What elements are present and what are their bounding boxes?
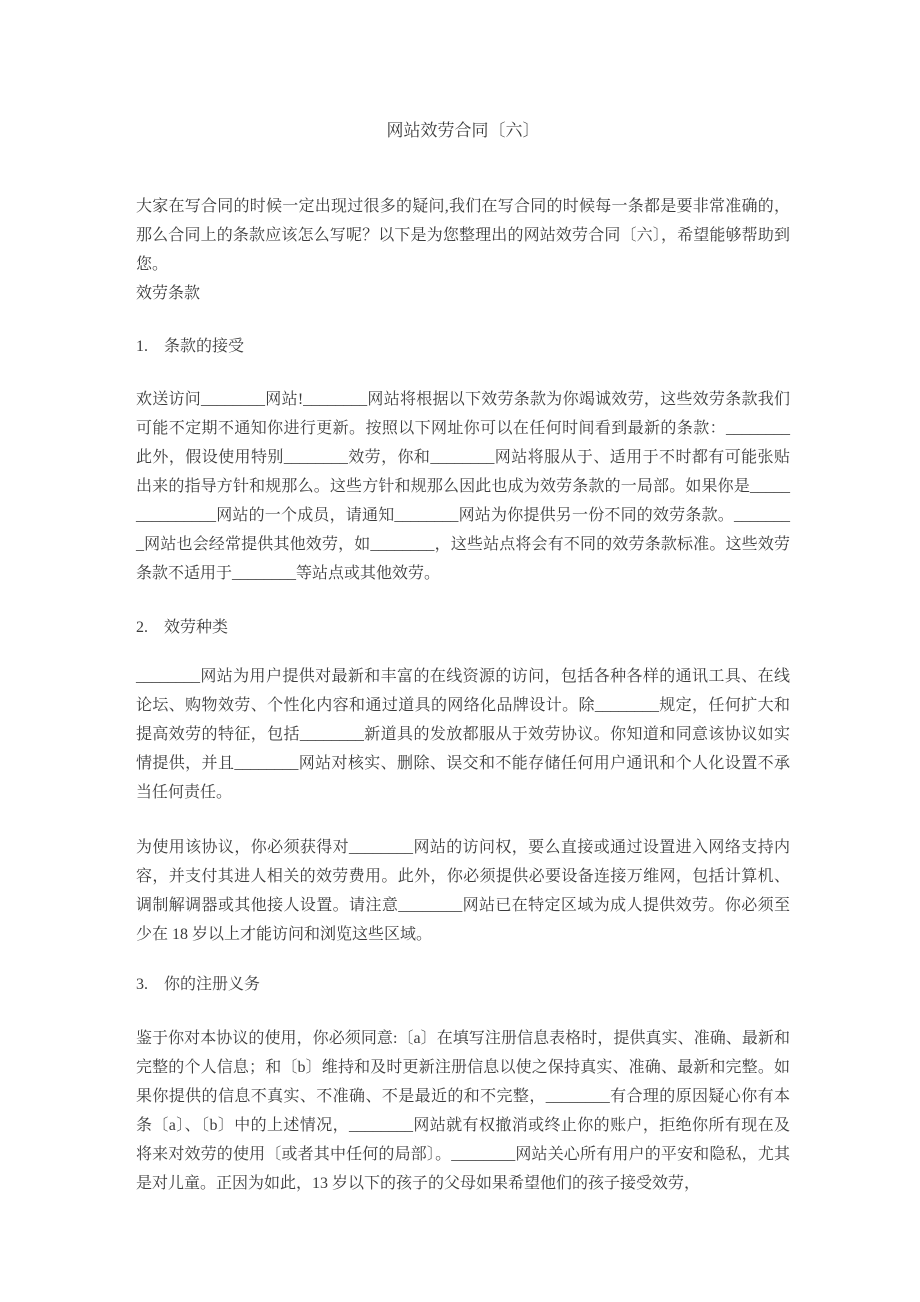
document-title: 网站效劳合同〔六〕 xyxy=(136,116,790,145)
section-1-heading: 1. 条款的接受 xyxy=(136,332,790,361)
document-page: 网站效劳合同〔六〕 大家在写合同的时候一定出现过很多的疑问,我们在写合同的时候每… xyxy=(0,0,920,1302)
section-2-paragraph-1: ________网站为用户提供对最新和丰富的在线资源的访问，包括各种各样的通讯工… xyxy=(136,662,790,807)
service-terms-label: 效劳条款 xyxy=(136,279,790,308)
intro-paragraph: 大家在写合同的时候一定出现过很多的疑问,我们在写合同的时候每一条都是要非常准确的… xyxy=(136,192,790,279)
section-1-paragraph: 欢送访问________网站!________网站将根据以下效劳条款为你竭诚效劳… xyxy=(136,385,790,588)
section-3-paragraph: 鉴于你对本协议的使用，你必须同意:〔a〕在填写注册信息表格时，提供真实、准确、最… xyxy=(136,1024,790,1198)
section-3-heading: 3. 你的注册义务 xyxy=(136,970,790,999)
section-2-paragraph-2: 为使用该协议，你必须获得对________网站的访问权，要么直接或通过设置进入网… xyxy=(136,833,790,949)
section-2-heading: 2. 效劳种类 xyxy=(136,613,790,642)
